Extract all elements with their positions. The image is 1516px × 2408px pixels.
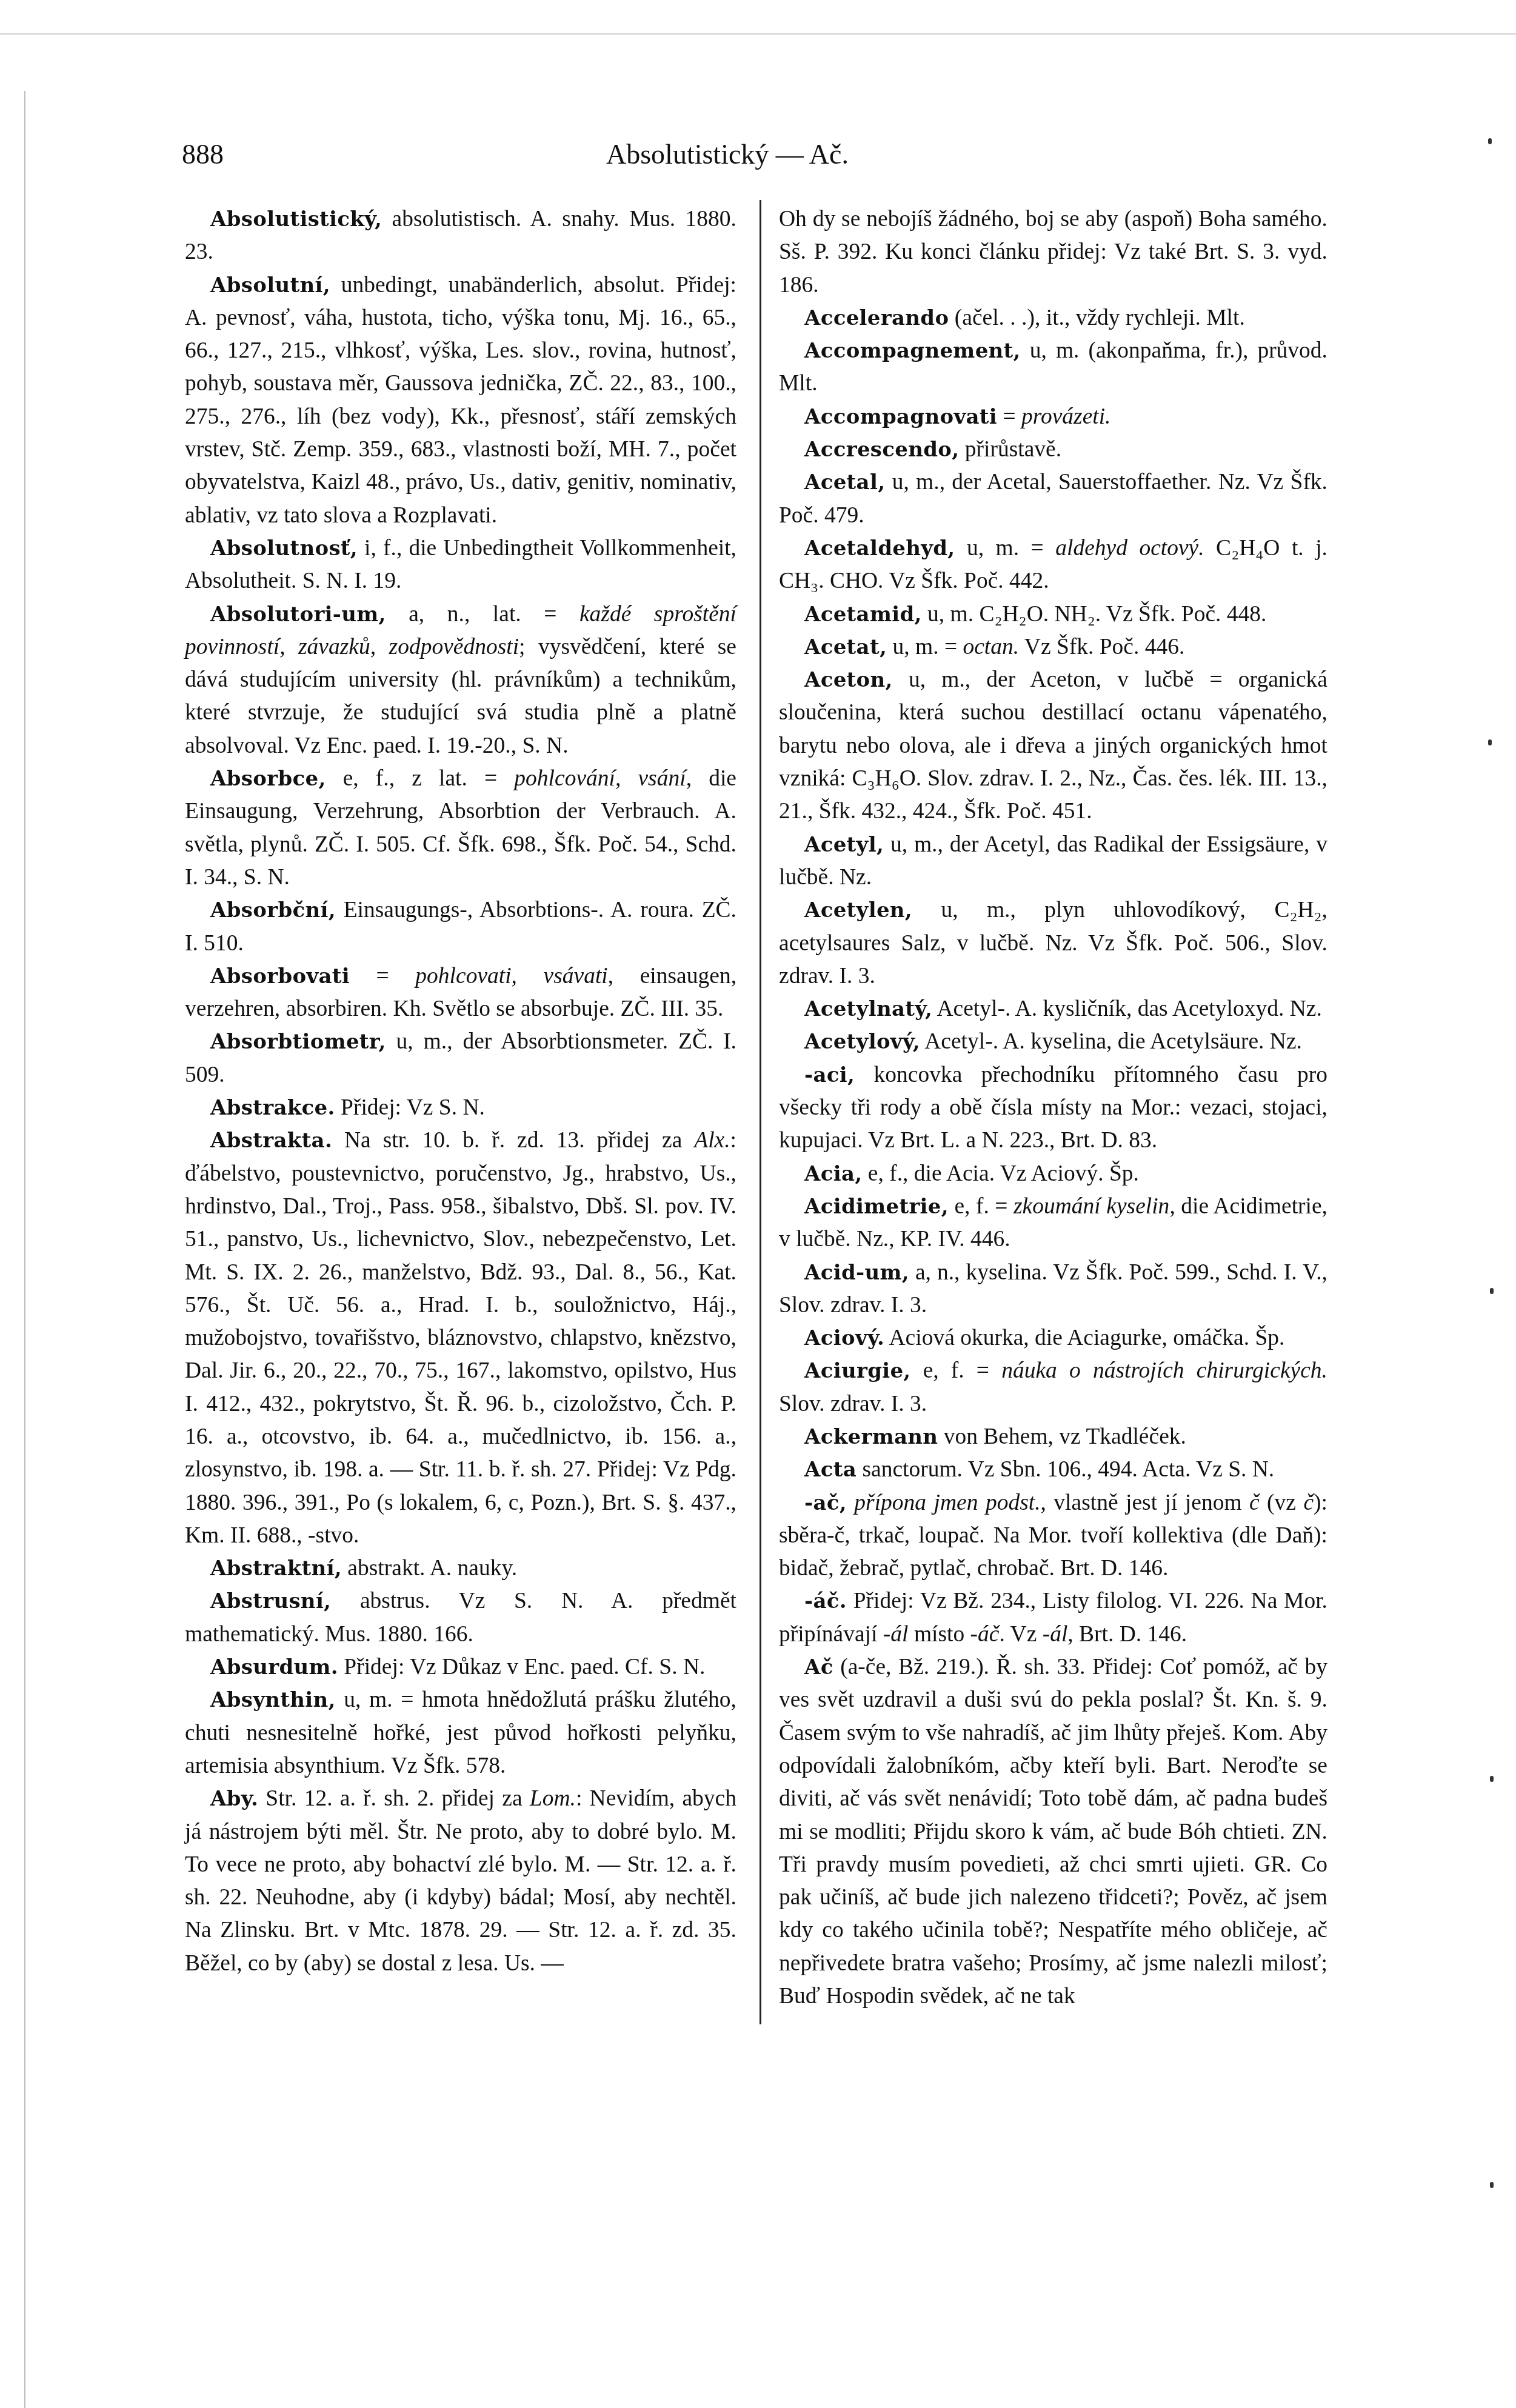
dictionary-entry: Absurdum. Přidej: Vz Důkaz v Enc. paed. … <box>185 1651 736 1684</box>
headword: Ač <box>804 1655 833 1679</box>
scan-speck <box>1490 2182 1494 2188</box>
entry-text: e, f., z lat. = <box>326 766 515 791</box>
entry-text: Acetyl-. A. kysličník, das Acetyloxyd. N… <box>932 996 1322 1021</box>
scan-border-left <box>24 91 25 2408</box>
italic-gloss: č <box>1249 1490 1260 1515</box>
dictionary-entry: Absolutori-um, a, n., lat. = každé sproš… <box>185 598 736 762</box>
headword: Ackermann <box>804 1425 938 1449</box>
italic-gloss: octan. <box>963 635 1019 659</box>
headword: Acetylový, <box>804 1030 920 1054</box>
italic-gloss: provázeti. <box>1021 404 1111 429</box>
entry-text: Slov. zdrav. I. 3. <box>779 1392 927 1416</box>
entry-text: Na str. 10. b. ř. zd. 13. přidej za <box>332 1128 694 1153</box>
italic-gloss: č <box>1303 1490 1314 1515</box>
headword: Aciurgie, <box>804 1359 911 1383</box>
entry-text: = <box>350 964 415 989</box>
headword: Acetylnatý, <box>804 997 932 1021</box>
headword: Absorbtiometr, <box>210 1030 386 1054</box>
headword: Abstrusní, <box>210 1589 331 1613</box>
entry-text: e, f. = <box>949 1194 1013 1219</box>
entry-text: von Behem, vz Tkadléček. <box>938 1424 1186 1449</box>
dictionary-entry: Acetat, u, m. = octan. Vz Šfk. Poč. 446. <box>779 631 1327 664</box>
headword: Absorbce, <box>210 767 326 791</box>
headword: Absolutistický, <box>210 207 382 232</box>
dictionary-entry: -aci, koncovka přechodníku přítomného ča… <box>779 1059 1327 1158</box>
dictionary-entry: -áč. Přidej: Vz Bž. 234., Listy filolog.… <box>779 1585 1327 1651</box>
dictionary-entry: Absorbční, Einsaugungs-, Absorbtions-. A… <box>185 894 736 960</box>
dictionary-entry: Abstrakce. Přidej: Vz S. N. <box>185 1092 736 1124</box>
scan-speck <box>1490 1288 1494 1294</box>
entry-text: přirůstavě. <box>959 437 1061 462</box>
headword: -aci, <box>804 1063 855 1087</box>
dictionary-entry: Aceton, u, m., der Aceton, v lučbě = org… <box>779 664 1327 828</box>
entry-text: e, f. = <box>911 1358 1002 1383</box>
dictionary-entry: Absorbce, e, f., z lat. = pohlcování, vs… <box>185 762 736 894</box>
headword: Abstrakce. <box>210 1096 335 1120</box>
italic-gloss: -ál <box>883 1622 909 1647</box>
entry-text: Přidej: Vz Důkaz v Enc. paed. Cf. S. N. <box>338 1655 705 1679</box>
italic-gloss: pohlcování, vsání <box>514 766 686 791</box>
headword: Acetylen, <box>804 898 912 922</box>
scan-speck <box>1488 739 1492 745</box>
dictionary-entry: Absorbovati = pohlcovati, vsávati, einsa… <box>185 960 736 1026</box>
headword: Acetat, <box>804 635 887 659</box>
entry-text: a, n., lat. = <box>386 602 579 627</box>
headword: Absynthin, <box>210 1688 336 1712</box>
headword: -ač, <box>804 1491 847 1515</box>
italic-gloss: -áč <box>970 1622 1000 1647</box>
dictionary-entry: Acta sanctorum. Vz Sbn. 106., 494. Acta.… <box>779 1453 1327 1486</box>
entry-text: unbedingt, unabänderlich, absolut. Přide… <box>185 273 736 528</box>
dictionary-entry: Acid-um, a, n., kyselina. Vz Šfk. Poč. 5… <box>779 1256 1327 1322</box>
italic-gloss: -ál <box>1043 1622 1068 1647</box>
headword: Accompagnovati <box>804 405 997 429</box>
entry-text: abstrakt. A. nauky. <box>342 1556 517 1581</box>
headword: Acetyl, <box>804 833 884 857</box>
entry-text: , vlastně jest jí jenom <box>1041 1490 1249 1515</box>
entry-text: sanctorum. Vz Sbn. 106., 494. Acta. Vz S… <box>857 1457 1274 1482</box>
entry-text: Přidej: Vz S. N. <box>335 1095 485 1120</box>
italic-gloss: náuka o nástrojích chirurgických. <box>1001 1358 1327 1383</box>
headword: Acetaldehyd, <box>804 536 955 561</box>
italic-gloss: aldehyd octový. <box>1055 536 1204 561</box>
headword: Abstraktní, <box>210 1556 342 1581</box>
headword: Aciový. <box>804 1326 884 1350</box>
dictionary-entry: Absolutní, unbedingt, unabänderlich, abs… <box>185 269 736 532</box>
scan-speck <box>1488 138 1492 144</box>
headword: Absolutori-um, <box>210 602 386 627</box>
headword: Accrescendo, <box>804 438 959 462</box>
left-column: Absolutistický, absolutistisch. A. snahy… <box>185 203 736 1980</box>
italic-gloss: přípona jmen podst. <box>854 1490 1040 1515</box>
dictionary-entry: Accelerando (ačel. . .), it., vždy rychl… <box>779 302 1327 335</box>
dictionary-entry: Acia, e, f., die Acia. Vz Aciový. Šp. <box>779 1158 1327 1190</box>
dictionary-entry: Abstraktní, abstrakt. A. nauky. <box>185 1552 736 1585</box>
running-title: Absolutistický — Ač. <box>606 138 849 170</box>
dictionary-entry: Abstrusní, abstrus. Vz S. N. A. předmět … <box>185 1585 736 1651</box>
entry-text: Vz Šfk. Poč. 446. <box>1019 635 1184 659</box>
dictionary-entry: Acetylen, u, m., plyn uhlovodíkový, C₂H₂… <box>779 894 1327 993</box>
dictionary-entry: Aciový. Aciová okurka, die Aciagurke, om… <box>779 1322 1327 1355</box>
entry-text: (ačel. . .), it., vždy rychleji. Mlt. <box>949 305 1244 330</box>
dictionary-entry: Accompagnovati = provázeti. <box>779 401 1327 433</box>
headword: Aby. <box>210 1787 258 1811</box>
dictionary-entry: Accrescendo, přirůstavě. <box>779 433 1327 466</box>
entry-text: = <box>997 404 1021 429</box>
dictionary-entry: Absynthin, u, m. = hmota hnědožlutá práš… <box>185 1684 736 1783</box>
headword: Acetal, <box>804 470 885 495</box>
dictionary-entry: Ač (a-če, Bž. 219.). Ř. sh. 33. Přidej: … <box>779 1651 1327 2013</box>
headword: Absorbční, <box>210 898 336 922</box>
scan-border-top <box>0 33 1516 35</box>
headword: Accompagnement, <box>804 339 1021 363</box>
headword: Acia, <box>804 1162 862 1186</box>
dictionary-entry: Acetamid, u, m. C₂H₂O. NH₂. Vz Šfk. Poč.… <box>779 598 1327 631</box>
headword: Aceton, <box>804 668 893 692</box>
headword: Accelerando <box>804 306 949 330</box>
dictionary-entry: -ač, přípona jmen podst., vlastně jest j… <box>779 1487 1327 1586</box>
entry-text: u, m. C₂H₂O. NH₂. Vz Šfk. Poč. 448. <box>922 602 1267 627</box>
scan-speck <box>1490 1776 1494 1782</box>
column-divider <box>760 200 761 2024</box>
dictionary-entry: Acetylnatý, Acetyl-. A. kysličník, das A… <box>779 993 1327 1026</box>
entry-text <box>847 1490 854 1515</box>
dictionary-entry: Abstrakta. Na str. 10. b. ř. zd. 13. při… <box>185 1124 736 1552</box>
dictionary-entry: Accompagnement, u, m. (akonpaňma, fr.), … <box>779 335 1327 401</box>
entry-text: Str. 12. a. ř. sh. 2. přidej za <box>258 1786 530 1811</box>
headword: Acetamid, <box>804 602 922 627</box>
right-column: Oh dy se nebojíš žádného, boj se aby (as… <box>779 203 1327 2013</box>
dictionary-entry: Acetyl, u, m., der Acetyl, das Radikal d… <box>779 829 1327 895</box>
headword: Abstrakta. <box>210 1129 332 1153</box>
entry-text: : ďábelstvo, poustevnictvo, poručenstvo,… <box>185 1128 736 1548</box>
dictionary-entry: Absolutnosť, i, f., die Unbedingtheit Vo… <box>185 532 736 598</box>
headword: -áč. <box>804 1589 847 1613</box>
dictionary-entry: Aciurgie, e, f. = náuka o nástrojích chi… <box>779 1355 1327 1421</box>
dictionary-entry: Absolutistický, absolutistisch. A. snahy… <box>185 203 736 269</box>
entry-text: , Brt. D. 146. <box>1067 1622 1187 1647</box>
dictionary-entry: Ackermann von Behem, vz Tkadléček. <box>779 1421 1327 1453</box>
entry-text: . Vz <box>1000 1622 1043 1647</box>
headword: Absorbovati <box>210 964 350 989</box>
italic-gloss: Lom. <box>530 1786 576 1811</box>
entry-text: Acetyl-. A. kyselina, die Acetylsäure. N… <box>920 1029 1302 1054</box>
entry-text: místo <box>909 1622 970 1647</box>
headword: Absolutní, <box>210 273 330 298</box>
italic-gloss: pohlcovati, vsávati <box>415 964 607 989</box>
dictionary-entry: Oh dy se nebojíš žádného, boj se aby (as… <box>779 203 1327 302</box>
dictionary-entry: Acidimetrie, e, f. = zkoumání kyselin, d… <box>779 1190 1327 1256</box>
entry-text: Aciová okurka, die Aciagurke, omáčka. Šp… <box>884 1326 1284 1350</box>
dictionary-entry: Acetal, u, m., der Acetal, Sauerstoffaet… <box>779 466 1327 532</box>
headword: Acta <box>804 1458 857 1482</box>
headword: Acid-um, <box>804 1261 909 1285</box>
italic-gloss: Alx. <box>694 1128 730 1153</box>
entry-text: u, m. = <box>955 536 1055 561</box>
dictionary-entry: Aby. Str. 12. a. ř. sh. 2. přidej za Lom… <box>185 1783 736 1980</box>
page-number: 888 <box>182 138 224 170</box>
entry-text: Oh dy se nebojíš žádného, boj se aby (as… <box>779 207 1327 298</box>
headword: Acidimetrie, <box>804 1195 949 1219</box>
headword: Absolutnosť, <box>210 536 358 561</box>
entry-text: u, m. = <box>887 635 963 659</box>
headword: Absurdum. <box>210 1655 338 1679</box>
page-header: 888 Absolutistický — Ač. <box>182 138 1334 181</box>
dictionary-entry: Absorbtiometr, u, m., der Absorbtionsmet… <box>185 1026 736 1092</box>
entry-text: (a-če, Bž. 219.). Ř. sh. 33. Přidej: Coť… <box>779 1655 1327 2009</box>
italic-gloss: zkoumání kyselin <box>1013 1194 1169 1219</box>
dictionary-entry: Acetylový, Acetyl-. A. kyselina, die Ace… <box>779 1026 1327 1058</box>
entry-text: (vz <box>1260 1490 1304 1515</box>
entry-text: koncovka přechodníku přítomného času pro… <box>779 1062 1327 1153</box>
entry-text: e, f., die Acia. Vz Aciový. Šp. <box>862 1161 1139 1186</box>
dictionary-entry: Acetaldehyd, u, m. = aldehyd octový. C₂H… <box>779 532 1327 598</box>
entry-text: : Nevidím, abych já nástrojem býti měl. … <box>185 1786 736 1975</box>
